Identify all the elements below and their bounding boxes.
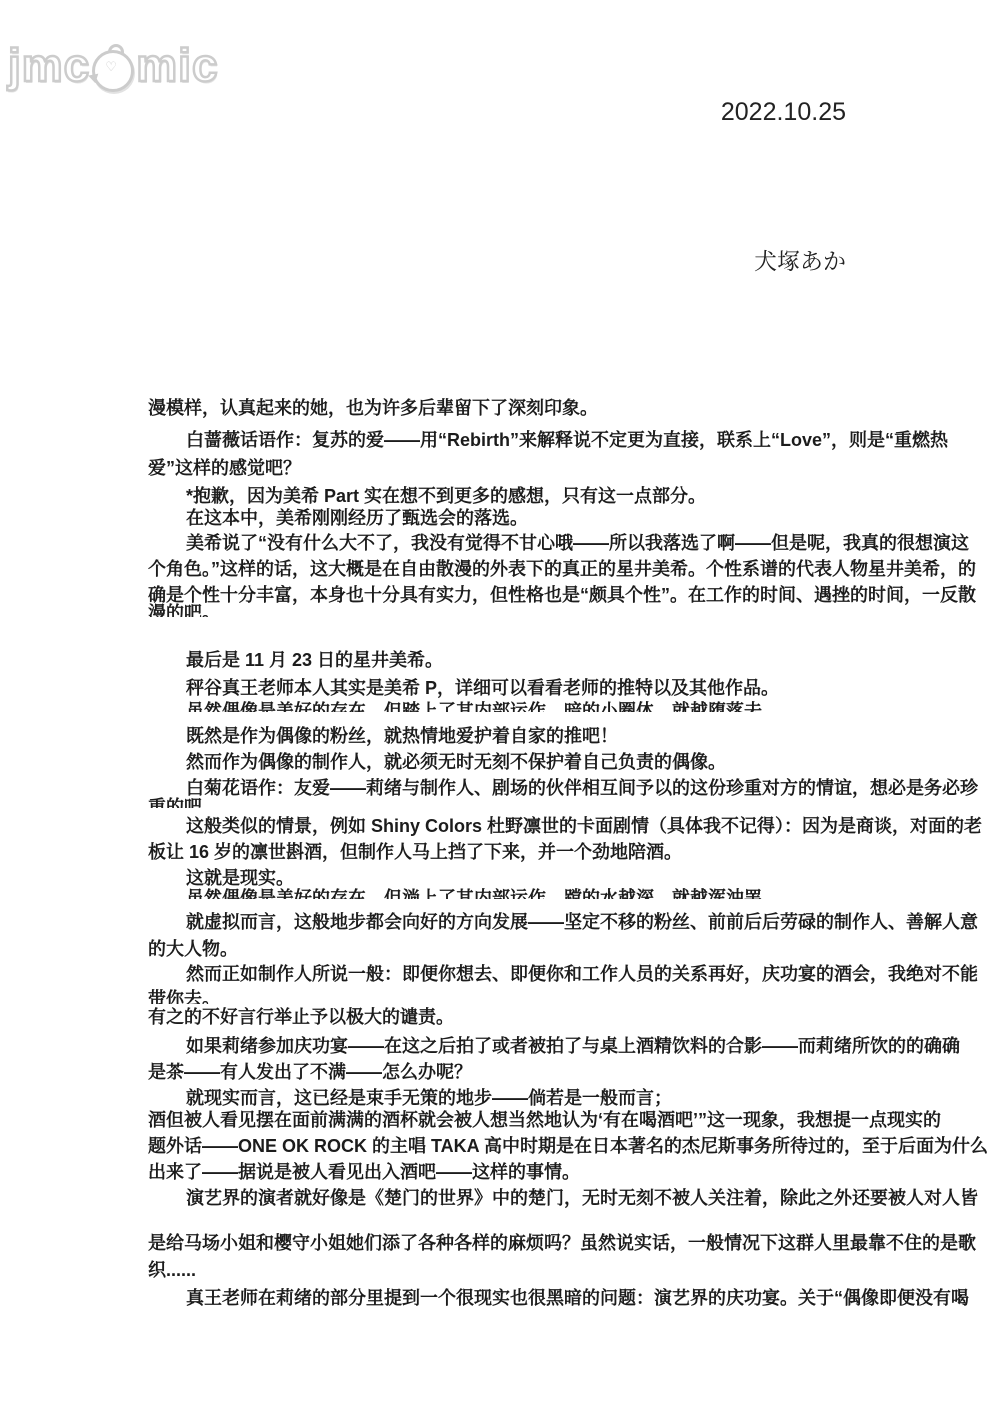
text-line: 织...... — [148, 1258, 196, 1282]
text-line-content: 真王老师在莉绪的部分里提到一个很现实也很黑暗的问题：演艺界的庆功宴。关于“偶像即… — [186, 1286, 969, 1310]
text-line-content: 美希说了“没有什么大不了，我没有觉得不甘心哦——所以我落选了啊——但是呢，我真的… — [186, 531, 969, 555]
text-line-content: 这般类似的情景，例如 Shiny Colors 杜野凛世的卡面剧情（具体我不记得… — [186, 814, 982, 838]
text-line: 美希说了“没有什么大不了，我没有觉得不甘心哦——所以我落选了啊——但是呢，我真的… — [186, 531, 969, 555]
text-line: 是给马场小姐和樱守小姐她们添了各种各样的麻烦吗？虽然说实话，一般情况下这群人里最… — [148, 1231, 976, 1255]
text-line: 酒但被人看见摆在面前满满的酒杯就会被人想当然地认为‘有在喝酒吧’”这一现象，我想… — [148, 1108, 941, 1132]
text-line-content: 出来了——据说是被人看见出入酒吧——这样的事情。 — [148, 1160, 580, 1184]
text-line-content: 漫模样，认真起来的她，也为许多后辈留下了深刻印象。 — [148, 396, 598, 420]
text-line: 带你去。 — [148, 987, 220, 1004]
text-line: 有之的不好言行举止予以极大的谴责。 — [148, 1005, 454, 1029]
text-line: 漫模样，认真起来的她，也为许多后辈留下了深刻印象。 — [148, 396, 598, 420]
text-line: 然而作为偶像的制作人，就必须无时无刻不保护着自己负责的偶像。 — [186, 750, 726, 774]
text-line: 秤谷真王老师本人其实是美希 P，详细可以看看老师的推特以及其他作品。 — [186, 676, 779, 700]
text-line: 白蔷薇话语作：复苏的爱——用“Rebirth”来解释说不定更为直接，联系上“Lo… — [186, 428, 948, 452]
text-line: 题外话——ONE OK ROCK 的主唱 TAKA 高中时期是在日本著名的杰尼斯… — [148, 1134, 988, 1158]
text-line: 演艺界的演者就好像是《楚门的世界》中的楚门，无时无刻不被人关注着，除此之外还要被… — [186, 1186, 978, 1210]
text-line-content: 白菊花语作：友爱——莉绪与制作人、剧场的伙伴相互间予以的这份珍重对方的情谊，想必… — [186, 776, 978, 800]
text-line: 就现实而言，这已经是束手无策的地步——倘若是一般而言； — [186, 1086, 672, 1110]
text-line-content: 个角色。”这样的话，这大概是在自由散漫的外表下的真正的星井美希。个性系谱的代表人… — [148, 557, 976, 581]
text-line-content: 就虚拟而言，这般地步都会向好的方向发展——坚定不移的粉丝、前前后后劳碌的制作人、… — [186, 910, 978, 934]
text-line-content: 板让 16 岁的凛世斟酒，但制作人马上挡了下来，并一个劲地陪酒。 — [148, 840, 682, 864]
text-line: 的大人物。 — [148, 937, 238, 961]
text-line-content: 是给马场小姐和樱守小姐她们添了各种各样的麻烦吗？虽然说实话，一般情况下这群人里最… — [148, 1231, 976, 1255]
text-line-content: 然而正如制作人所说一般：即便你想去、即便你和工作人员的关系再好，庆功宴的酒会，我… — [186, 962, 978, 986]
text-line-content: 题外话——ONE OK ROCK 的主唱 TAKA 高中时期是在日本著名的杰尼斯… — [148, 1134, 988, 1158]
text-line: 在这本中，美希刚刚经历了甄选会的落选。 — [186, 506, 528, 530]
text-line: 出来了——据说是被人看见出入酒吧——这样的事情。 — [148, 1160, 580, 1184]
document-page: jmc ♡ mic 2022.10.25 犬塚あか 漫模样，认真起来的她，也为许… — [0, 0, 992, 1403]
text-line: 就虚拟而言，这般地步都会向好的方向发展——坚定不移的粉丝、前前后后劳碌的制作人、… — [186, 910, 978, 934]
text-line-content: 演艺界的演者就好像是《楚门的世界》中的楚门，无时无刻不被人关注着，除此之外还要被… — [186, 1186, 978, 1210]
text-line-content: 在这本中，美希刚刚经历了甄选会的落选。 — [186, 506, 528, 530]
text-line-content: 虽然偶像是美好的存在，但踏上了其内部运作，暗的小圈体，就越堕落去。 — [186, 699, 780, 712]
text-line-content: 秤谷真王老师本人其实是美希 P，详细可以看看老师的推特以及其他作品。 — [186, 676, 779, 700]
text-line: 最后是 11 月 23 日的星井美希。 — [186, 648, 443, 672]
text-line-content: 确是个性十分丰富，本身也十分具有实力，但性格也是“颇具个性”。在工作的时间、遇挫… — [148, 583, 976, 607]
text-line-content: 既然是作为偶像的粉丝，就热情地爱护着自家的推吧！ — [186, 724, 618, 748]
text-line: 确是个性十分丰富，本身也十分具有实力，但性格也是“颇具个性”。在工作的时间、遇挫… — [148, 583, 976, 607]
text-line: 真王老师在莉绪的部分里提到一个很现实也很黑暗的问题：演艺界的庆功宴。关于“偶像即… — [186, 1286, 969, 1310]
text-line-content: 白蔷薇话语作：复苏的爱——用“Rebirth”来解释说不定更为直接，联系上“Lo… — [186, 428, 948, 452]
text-line: 然而正如制作人所说一般：即便你想去、即便你和工作人员的关系再好，庆功宴的酒会，我… — [186, 962, 978, 986]
text-line: 爱”这样的感觉吧？ — [148, 456, 301, 480]
text-line-content: 爱”这样的感觉吧？ — [148, 456, 301, 480]
text-line-content: 织...... — [148, 1258, 196, 1282]
text-line: 这般类似的情景，例如 Shiny Colors 杜野凛世的卡面剧情（具体我不记得… — [186, 814, 982, 838]
text-line: 板让 16 岁的凛世斟酒，但制作人马上挡了下来，并一个劲地陪酒。 — [148, 840, 682, 864]
text-line-content: 然而作为偶像的制作人，就必须无时无刻不保护着自己负责的偶像。 — [186, 750, 726, 774]
text-line-content: 就现实而言，这已经是束手无策的地步——倘若是一般而言； — [186, 1086, 672, 1110]
text-line: 是茶——有人发出了不满——怎么办呢？ — [148, 1060, 472, 1084]
text-line-content: 带你去。 — [148, 987, 220, 1004]
text-line: 个角色。”这样的话，这大概是在自由散漫的外表下的真正的星井美希。个性系谱的代表人… — [148, 557, 976, 581]
text-line-content: 重的吧。 — [148, 795, 220, 808]
text-line: 白菊花语作：友爱——莉绪与制作人、剧场的伙伴相互间予以的这份珍重对方的情谊，想必… — [186, 776, 978, 800]
text-line: 既然是作为偶像的粉丝，就热情地爱护着自家的推吧！ — [186, 724, 618, 748]
text-line-content: *抱歉，因为美希 Part 实在想不到更多的感想，只有这一点部分。 — [186, 484, 706, 508]
text-line-content: 如果莉绪参加庆功宴——在这之后拍了或者被拍了与桌上酒精饮料的合影——而莉绪所饮的… — [186, 1034, 960, 1058]
text-line-content: 虽然偶像是美好的存在，但淌上了其内部运作，蹚的水越深，就越浑浊罢 — [186, 886, 762, 899]
text-line-content: 的大人物。 — [148, 937, 238, 961]
text-line-content: 是茶——有人发出了不满——怎么办呢？ — [148, 1060, 472, 1084]
text-line: 如果莉绪参加庆功宴——在这之后拍了或者被拍了与桌上酒精饮料的合影——而莉绪所饮的… — [186, 1034, 960, 1058]
text-line-content: 酒但被人看见摆在面前满满的酒杯就会被人想当然地认为‘有在喝酒吧’”这一现象，我想… — [148, 1108, 941, 1132]
text-line-content: 有之的不好言行举止予以极大的谴责。 — [148, 1005, 454, 1029]
text-line: 虽然偶像是美好的存在，但踏上了其内部运作，暗的小圈体，就越堕落去。 — [186, 699, 780, 712]
text-line: 虽然偶像是美好的存在，但淌上了其内部运作，蹚的水越深，就越浑浊罢 — [186, 886, 762, 899]
text-line-content: 漫的吧。 — [148, 601, 220, 617]
text-line: 漫的吧。 — [148, 601, 220, 617]
text-line-content: 最后是 11 月 23 日的星井美希。 — [186, 648, 443, 672]
document-body: 漫模样，认真起来的她，也为许多后辈留下了深刻印象。白蔷薇话语作：复苏的爱——用“… — [0, 0, 992, 1403]
text-line: 重的吧。 — [148, 795, 220, 808]
text-line: *抱歉，因为美希 Part 实在想不到更多的感想，只有这一点部分。 — [186, 484, 706, 508]
